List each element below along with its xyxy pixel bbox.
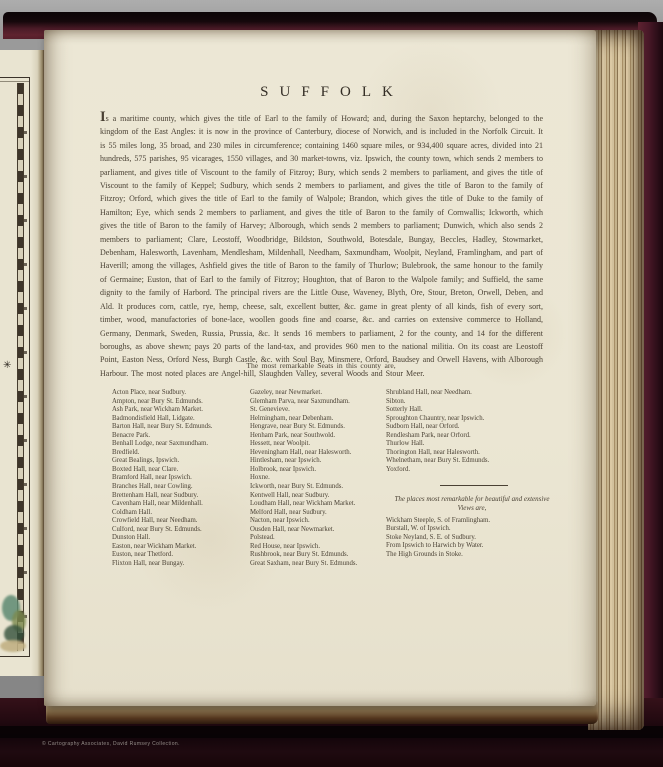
list-item: Bredfield. <box>112 449 250 458</box>
list-item: Ickworth, near Bury St. Edmunds. <box>250 483 386 492</box>
map-border-line <box>0 81 30 82</box>
scale-tick <box>18 468 23 479</box>
list-item: Easton, near Wickham Market. <box>112 543 250 552</box>
list-item: Dunston Hall. <box>112 534 250 543</box>
views-heading: The places most remarkable for beautiful… <box>386 495 558 512</box>
list-item: Thorington Hall, near Halesworth. <box>386 449 561 458</box>
scale-tick <box>18 457 23 468</box>
photo-of-atlas-page: { "page": { "title": "SUFFOLK", "intro":… <box>0 0 663 767</box>
scale-tick <box>18 347 23 358</box>
list-item: Flixton Hall, near Bungay. <box>112 560 250 569</box>
scale-tick <box>18 281 23 292</box>
list-item: Polstead. <box>250 534 386 543</box>
scale-tick <box>18 270 23 281</box>
list-item: The High Grounds in Stoke. <box>386 551 561 560</box>
list-item: Stoke Neyland, S. E. of Sudbury. <box>386 534 561 543</box>
scale-tick <box>18 336 23 347</box>
list-item: Shrubland Hall, near Needham. <box>386 389 561 398</box>
list-item: Rendlesham Park, near Orford. <box>386 432 561 441</box>
list-item: Ampton, near Bury St. Edmunds. <box>112 398 250 407</box>
list-item: Boxted Hall, near Clare. <box>112 466 250 475</box>
list-item: Great Bealings, Ipswich. <box>112 457 250 466</box>
list-item: Helmingham, near Debenham. <box>250 415 386 424</box>
scale-tick <box>18 171 23 182</box>
list-item: Branches Hall, near Cowling. <box>112 483 250 492</box>
scale-tick <box>18 314 23 325</box>
scale-tick <box>18 402 23 413</box>
scale-tick <box>18 105 23 116</box>
list-item: Nacton, near Ipswich. <box>250 517 386 526</box>
list-item: Ash Park, near Wickham Market. <box>112 406 250 415</box>
scale-tick <box>18 160 23 171</box>
list-item: Red House, near Ipswich. <box>250 543 386 552</box>
facing-map-page: ✳ <box>0 50 44 676</box>
map-vignette-fragment <box>0 640 26 652</box>
scale-tick <box>18 116 23 127</box>
scale-tick <box>18 501 23 512</box>
list-item: Holbrook, near Ipswich. <box>250 466 386 475</box>
scale-tick <box>18 490 23 501</box>
list-item: Sproughton Chauntry, near Ipswich. <box>386 415 561 424</box>
map-border-line <box>29 77 30 657</box>
scale-tick <box>18 248 23 259</box>
list-item: Hessett, near Woolpit. <box>250 440 386 449</box>
list-item: Hoxne. <box>250 474 386 483</box>
scale-tick <box>18 204 23 215</box>
map-scale-numbers <box>24 90 27 650</box>
seats-column-2: Gazeley, near Newmarket.Glemham Parva, n… <box>250 389 386 568</box>
scale-tick <box>18 589 23 600</box>
list-item: Whelnetham, near Bury St. Edmunds. <box>386 457 561 466</box>
scale-tick <box>18 435 23 446</box>
county-description-paragraph: Is a maritime county, which gives the ti… <box>100 112 543 380</box>
collection-watermark: © Cartography Associates, David Rumsey C… <box>42 741 180 747</box>
list-item: Sudborn Hall, near Orford. <box>386 423 561 432</box>
list-item: Culford, near Bury St. Edmunds. <box>112 526 250 535</box>
seats-column-3: Shrubland Hall, near Needham.Sibton.Sott… <box>386 389 561 568</box>
seats-columns: Acton Place, near Sudbury.Ampton, near B… <box>112 389 594 568</box>
list-item: Glemham Parva, near Saxmundham. <box>250 398 386 407</box>
list-item: Melford Hall, near Sudbury. <box>250 509 386 518</box>
list-item: Sotterly Hall. <box>386 406 561 415</box>
scale-tick <box>18 556 23 567</box>
list-item: Heveningham Hall, near Halesworth. <box>250 449 386 458</box>
list-item: Acton Place, near Sudbury. <box>112 389 250 398</box>
scale-tick <box>18 237 23 248</box>
seats-heading: The most remarkable Seats in this county… <box>100 361 542 370</box>
scale-tick <box>18 380 23 391</box>
scale-tick <box>18 567 23 578</box>
scale-tick <box>18 446 23 457</box>
map-border-line <box>0 77 30 78</box>
list-item: Euston, near Thetford. <box>112 551 250 560</box>
scale-tick <box>18 391 23 402</box>
list-item: Badmondisfield Hall, Lidgate. <box>112 415 250 424</box>
list-item: Rushbrook, near Bury St. Edmunds. <box>250 551 386 560</box>
scale-tick <box>18 138 23 149</box>
scale-tick <box>18 424 23 435</box>
scale-tick <box>18 369 23 380</box>
scale-tick <box>18 413 23 424</box>
list-item: Benhall Lodge, near Saxmundham. <box>112 440 250 449</box>
scale-tick <box>18 259 23 270</box>
atlas-text-page: SUFFOLK Is a maritime county, which give… <box>44 30 596 706</box>
list-item: Crowfield Hall, near Needham. <box>112 517 250 526</box>
list-item: Henham Park, near Southwold. <box>250 432 386 441</box>
map-border-line <box>0 656 30 657</box>
scale-tick <box>18 292 23 303</box>
scale-tick <box>18 215 23 226</box>
list-item: Cavenham Hall, near Mildenhall. <box>112 500 250 509</box>
list-item: Loudham Hall, near Wickham Market. <box>250 500 386 509</box>
scale-tick <box>18 182 23 193</box>
seats-column-3-list: Shrubland Hall, near Needham.Sibton.Sott… <box>386 389 561 474</box>
list-item: Thurlow Hall. <box>386 440 561 449</box>
page-title: SUFFOLK <box>100 84 553 101</box>
scale-tick <box>18 149 23 160</box>
scale-tick <box>18 479 23 490</box>
seats-column-1: Acton Place, near Sudbury.Ampton, near B… <box>112 389 250 568</box>
scale-tick <box>18 94 23 105</box>
list-item: St. Genevieve. <box>250 406 386 415</box>
scale-tick <box>18 226 23 237</box>
page-fore-edge <box>588 30 644 730</box>
list-item: Sibton. <box>386 398 561 407</box>
scale-tick <box>18 545 23 556</box>
list-item: Great Saxham, near Bury St. Edmunds. <box>250 560 386 569</box>
list-item: Ousden Hall, near Newmarket. <box>250 526 386 535</box>
list-item: Bramford Hall, near Ipswich. <box>112 474 250 483</box>
list-item: Hintlesham, near Ipswich. <box>250 457 386 466</box>
section-divider <box>440 485 508 486</box>
list-item: Yoxford. <box>386 466 561 475</box>
compass-ornament-icon: ✳ <box>3 360 11 371</box>
list-item: Wickham Steeple, S. of Framlingham. <box>386 517 561 526</box>
list-item: Hengrave, near Bury St. Edmunds. <box>250 423 386 432</box>
list-item: Barton Hall, near Bury St. Edmunds. <box>112 423 250 432</box>
scale-tick <box>18 193 23 204</box>
list-item: Burstall, W. of Ipswich. <box>386 525 561 534</box>
list-item: Coldham Hall. <box>112 509 250 518</box>
scale-tick <box>18 127 23 138</box>
scale-tick <box>18 358 23 369</box>
scale-tick <box>18 303 23 314</box>
views-list: Wickham Steeple, S. of Framlingham.Burst… <box>386 517 561 560</box>
scale-tick <box>18 523 23 534</box>
scale-tick <box>18 83 23 94</box>
list-item: From Ipswich to Harwich by Water. <box>386 542 561 551</box>
list-item: Kentwell Hall, near Sudbury. <box>250 492 386 501</box>
list-item: Brettenham Hall, near Sudbury. <box>112 492 250 501</box>
book-bottom-shadow <box>0 726 663 738</box>
scale-tick <box>18 512 23 523</box>
scale-tick <box>18 534 23 545</box>
scale-tick <box>18 578 23 589</box>
scale-tick <box>18 325 23 336</box>
list-item: Gazeley, near Newmarket. <box>250 389 386 398</box>
list-item: Benacre Park. <box>112 432 250 441</box>
map-scale-ticks <box>17 83 24 651</box>
